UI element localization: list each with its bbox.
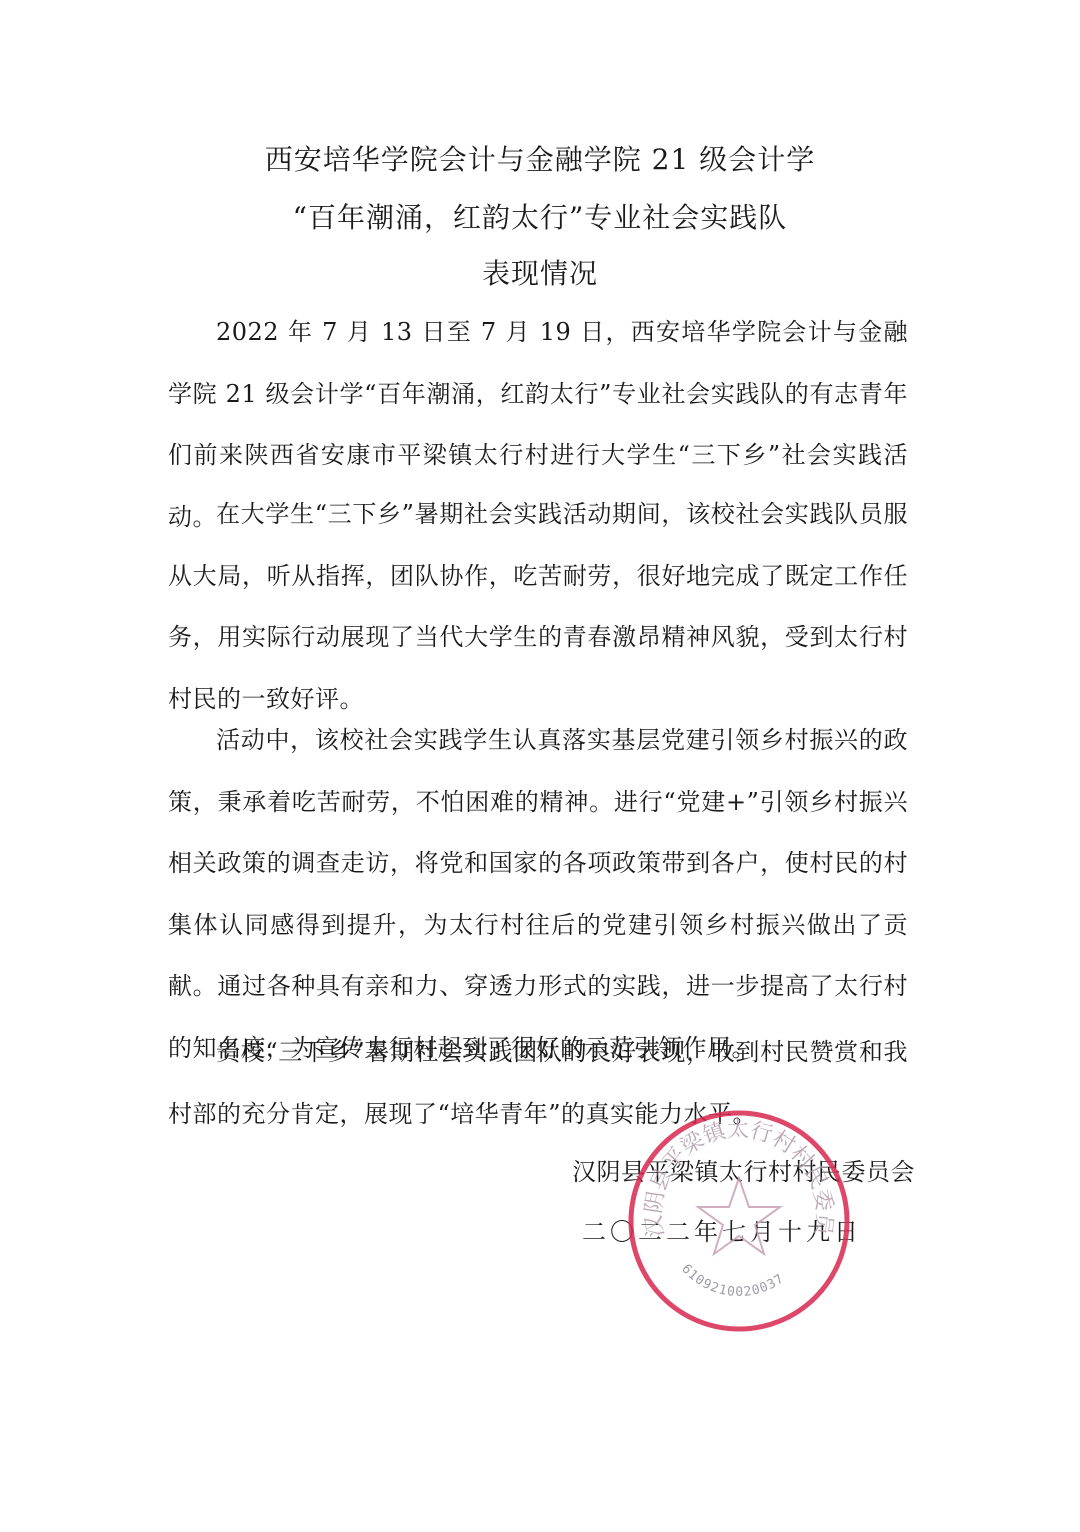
document-title-line-3: 表现情况 (0, 252, 1080, 292)
document-title-line-1: 西安培华学院会计与金融学院 21 级会计学 (0, 138, 1080, 178)
svg-text:6109210020037: 6109210020037 (678, 1262, 787, 1300)
document-title-line-2: “百年潮涌，红韵太行”专业社会实践队 (0, 196, 1080, 236)
official-seal-stamp-icon: 汉阴县平梁镇太行村村民委员会 6109210020037 (624, 1106, 854, 1336)
seal-star-icon (698, 1178, 780, 1254)
svg-text:汉阴县平梁镇太行村村民委员会: 汉阴县平梁镇太行村村民委员会 (624, 1106, 837, 1239)
paragraph-2: 在大学生“三下乡”暑期社会实践活动期间，该校社会实践队员服从大局，听从指挥，团队… (168, 484, 908, 730)
paragraph-2-block: 在大学生“三下乡”暑期社会实践活动期间，该校社会实践队员服从大局，听从指挥，团队… (168, 484, 908, 730)
